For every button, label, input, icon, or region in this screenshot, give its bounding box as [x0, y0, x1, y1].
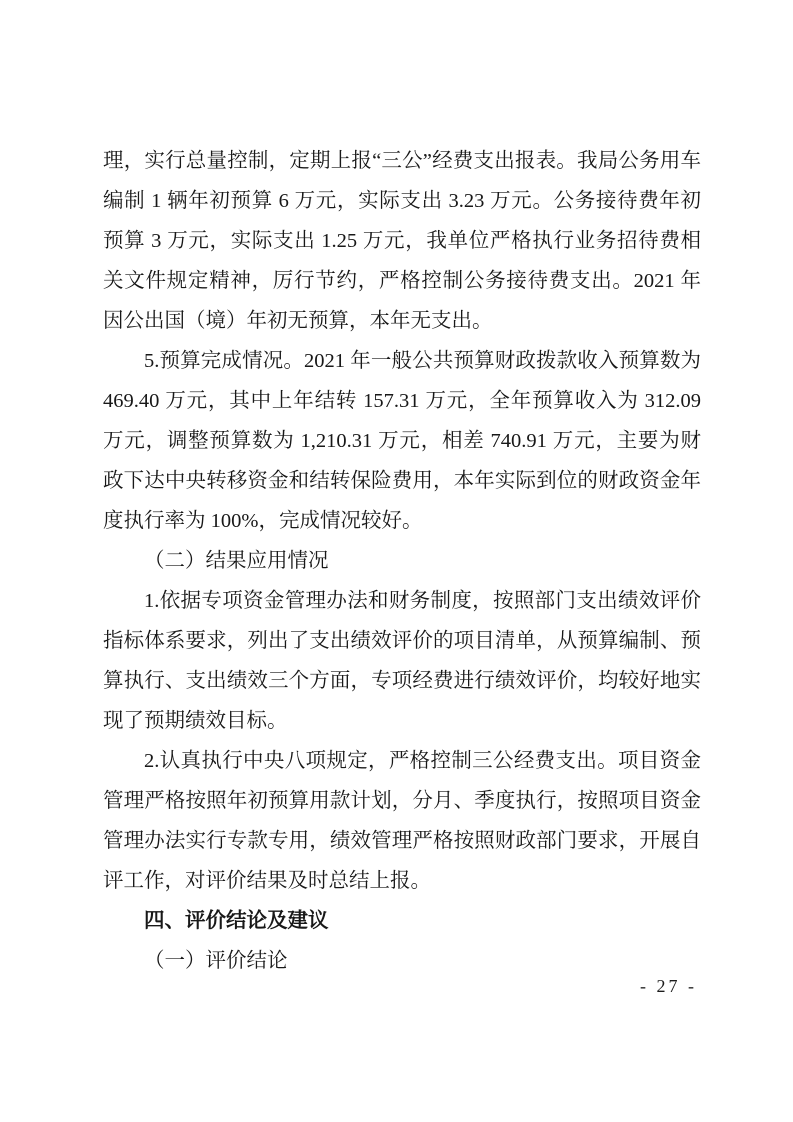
paragraph-central-eight-rules: 2.认真执行中央八项规定，严格控制三公经费支出。项目资金管理严格按照年初预算用款… — [103, 741, 701, 901]
paragraph-three-public-expenses: 理，实行总量控制，定期上报“三公”经费支出报表。我局公务用车编制 1 辆年初预算… — [103, 141, 701, 341]
subheading-evaluation-conclusion: （一）评价结论 — [103, 941, 701, 981]
paragraph-performance-evaluation: 1.依据专项资金管理办法和财务制度，按照部门支出绩效评价指标体系要求，列出了支出… — [103, 581, 701, 741]
document-page: 理，实行总量控制，定期上报“三公”经费支出报表。我局公务用车编制 1 辆年初预算… — [0, 0, 793, 1122]
document-body: 理，实行总量控制，定期上报“三公”经费支出报表。我局公务用车编制 1 辆年初预算… — [103, 141, 701, 981]
page-number: - 27 - — [640, 974, 697, 998]
subheading-result-application: （二）结果应用情况 — [103, 541, 701, 581]
heading-evaluation-conclusion-suggestions: 四、评价结论及建议 — [103, 901, 701, 941]
paragraph-budget-completion: 5.预算完成情况。2021 年一般公共预算财政拨款收入预算数为 469.40 万… — [103, 341, 701, 541]
